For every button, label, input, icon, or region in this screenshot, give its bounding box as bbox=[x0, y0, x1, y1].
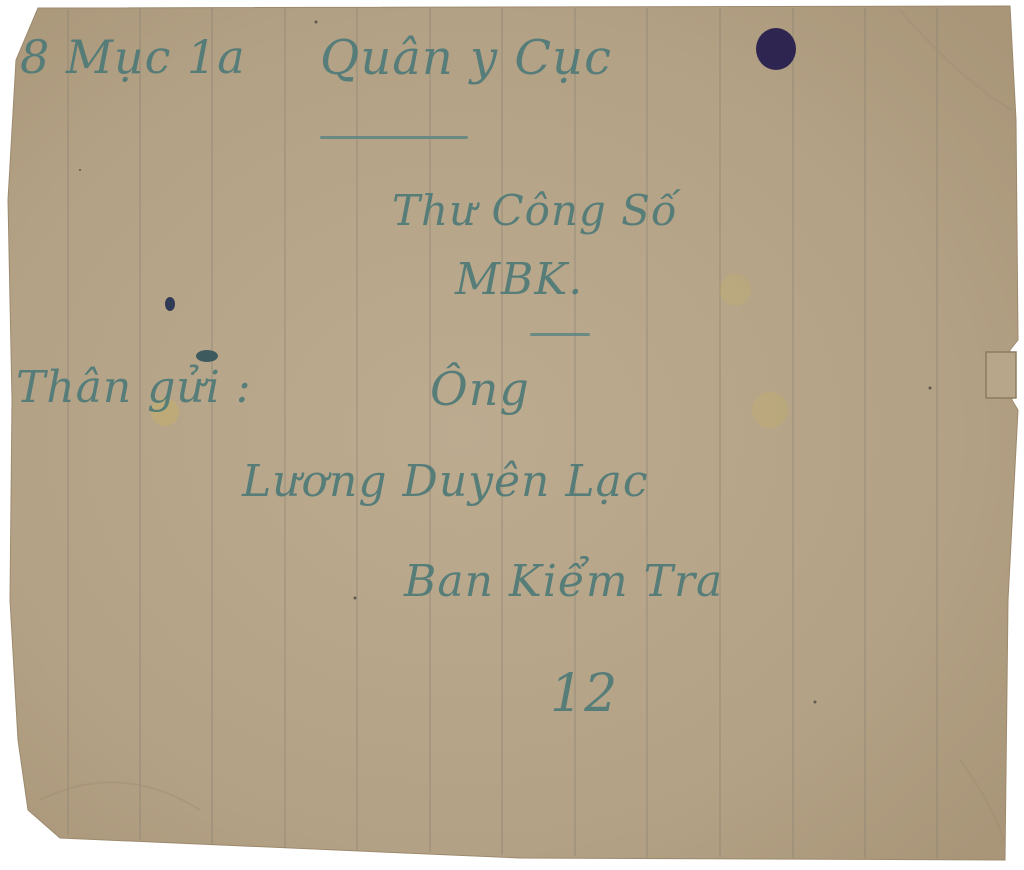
scanned-paper-document: 8 Mục 1a Quân y Cục Thư Công Số MBK. Thâ… bbox=[0, 0, 1024, 870]
recipient-name: Lương Duyên Lạc bbox=[242, 456, 648, 507]
subject-line-2: MBK. bbox=[455, 254, 583, 305]
ink-blot bbox=[756, 28, 796, 70]
recipient-label: Thân gửi : bbox=[16, 362, 252, 413]
recipient-number: 12 bbox=[550, 664, 618, 724]
recipient-honorific: Ông bbox=[430, 362, 530, 416]
header-underline bbox=[320, 136, 468, 139]
ink-spot bbox=[165, 297, 175, 311]
recipient-department: Ban Kiểm Tra bbox=[404, 556, 723, 607]
paper-sheet bbox=[0, 0, 1024, 870]
header-right-text: Quân y Cục bbox=[320, 30, 612, 86]
subject-underline bbox=[530, 333, 590, 336]
header-left-text: 8 Mục 1a bbox=[20, 30, 246, 84]
ink-spot bbox=[196, 350, 218, 362]
subject-line-1: Thư Công Số bbox=[392, 186, 678, 235]
